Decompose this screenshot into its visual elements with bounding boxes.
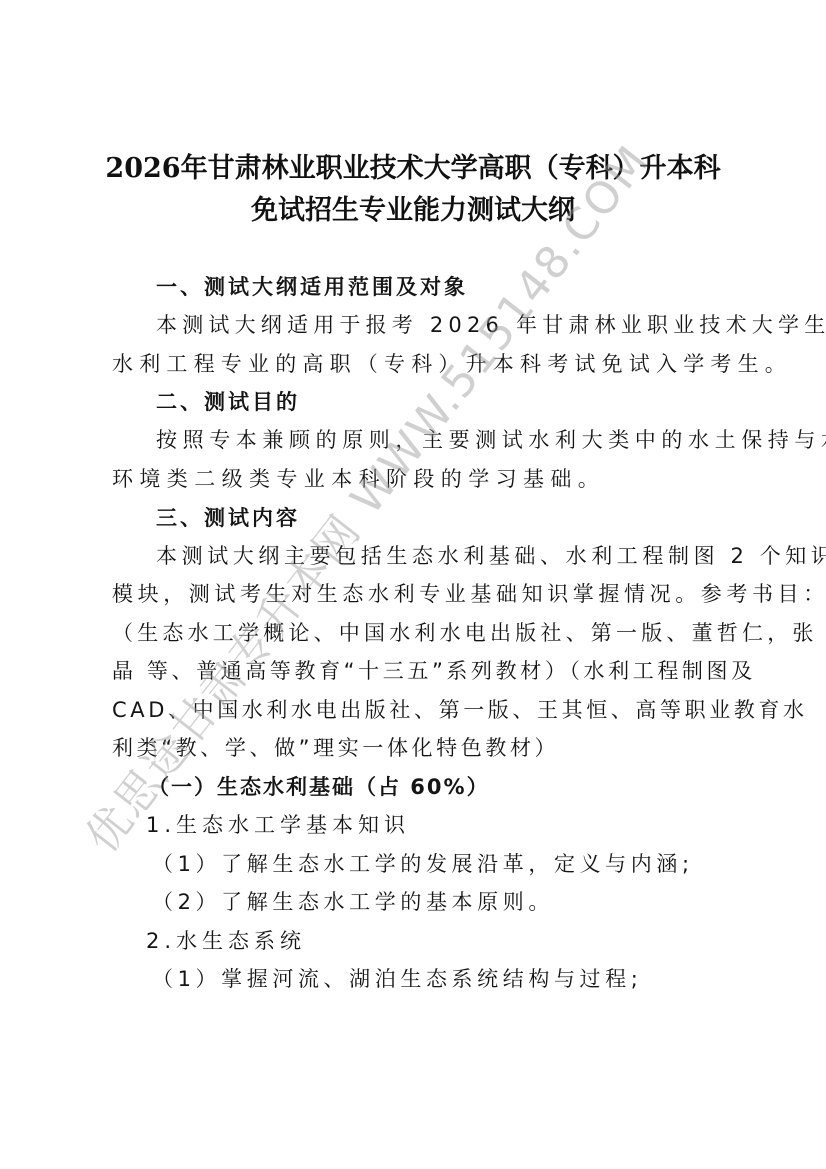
document-page: 2026年甘肃林业职业技术大学高职（专科）升本科 免试招生专业能力测试大纲 一、…: [0, 0, 826, 1169]
item-point: （1）了解生态水工学的发展沿革，定义与内涵;: [152, 850, 764, 878]
section-heading-content: 三、测试内容: [156, 504, 768, 532]
section-heading-scope: 一、测试大纲适用范围及对象: [156, 273, 768, 301]
paragraph-line: CAD、中国水利水电出版社、第一版、王其恒、高等职业教育水: [112, 696, 724, 724]
paragraph-line: 模块，测试考生对生态水利专业基础知识掌握情况。参考书目：: [112, 580, 724, 608]
document-title-line-1: 2026年甘肃林业职业技术大学高职（专科）升本科: [0, 152, 826, 186]
paragraph-line: 按照专本兼顾的原则，主要测试水利大类中的水土保持与水: [156, 426, 768, 454]
paragraph-line: 利类“教、学、做”理实一体化特色教材）: [112, 734, 724, 762]
document-title-line-2: 免试招生专业能力测试大纲: [0, 194, 826, 228]
item-point: （2）了解生态水工学的基本原则。: [152, 888, 764, 916]
item-title: 1.生态水工学基本知识: [146, 811, 758, 839]
paragraph-line: 本测试大纲适用于报考 2026 年甘肃林业职业技术大学生态: [156, 311, 768, 339]
section-heading-purpose: 二、测试目的: [156, 388, 768, 416]
paragraph-line: 本测试大纲主要包括生态水利基础、水利工程制图 2 个知识: [156, 542, 768, 570]
paragraph-line: 水利工程专业的高职（专科）升本科考试免试入学考生。: [112, 350, 724, 378]
paragraph-line: 晶 等、普通高等教育“十三五”系列教材）（水利工程制图及: [112, 657, 724, 685]
paragraph-line: （生态水工学概论、中国水利水电出版社、第一版、董哲仁，张: [112, 619, 724, 647]
subsection-heading: （一）生态水利基础（占 60%）: [148, 773, 760, 801]
paragraph-line: 环境类二级类专业本科阶段的学习基础。: [112, 465, 724, 493]
item-title: 2.水生态系统: [146, 927, 758, 955]
item-point: （1）掌握河流、湖泊生态系统结构与过程;: [152, 965, 764, 993]
